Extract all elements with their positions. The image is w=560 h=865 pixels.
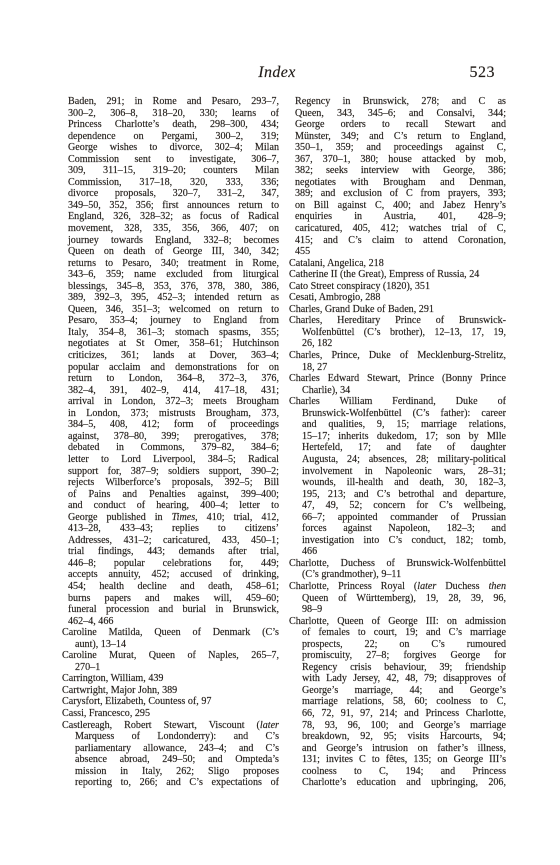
index-line: Augusta, 24; absences, 28; military-poli… — [289, 454, 506, 466]
index-line: returns to Pesaro, 340; treatment in Rom… — [62, 258, 279, 270]
index-line: arrival in London, 372–3; meets Brougham — [62, 396, 279, 408]
index-line: George’s marriage, 44; and George’s — [289, 685, 506, 697]
index-line: Carrington, William, 439 — [62, 673, 279, 685]
index-line: 78, 93, 96, 100; and George’s marriage — [289, 720, 506, 732]
index-line: Charlotte, Queen of George III: on admis… — [289, 616, 506, 628]
index-line: Queen on death of George III, 340, 342; — [62, 246, 279, 258]
index-line: Charles, Hereditary Prince of Brunswick- — [289, 315, 506, 327]
index-line: Münster, 349; and C’s return to England, — [289, 131, 506, 143]
index-line: Commission, 317–18, 320, 333, 336; — [62, 177, 279, 189]
index-line: Cassi, Francesco, 295 — [62, 708, 279, 720]
index-line: blessings, 345–8, 353, 376, 378, 380, 38… — [62, 281, 279, 293]
index-line: 66, 72, 91, 97, 214; and Princess Charlo… — [289, 708, 506, 720]
index-line: in London, 373; mistrusts Brougham, 373, — [62, 408, 279, 420]
index-line: 389, 392–3, 395, 452–3; intended return … — [62, 292, 279, 304]
index-line: trial findings, 443; demands after trial… — [62, 546, 279, 558]
index-line: Carysfort, Elizabeth, Countess of, 97 — [62, 696, 279, 708]
index-line: 270–1 — [62, 662, 279, 674]
index-line: 389; and exclusion of C from prayers, 39… — [289, 188, 506, 200]
index-line: 466 — [289, 546, 506, 558]
index-line: Princess Charlotte’s death, 298–300, 434… — [62, 119, 279, 131]
index-line: George published in Times, 410; trial, 4… — [62, 512, 279, 524]
index-line: parliamentary allowance, 243–4; and C’s — [62, 743, 279, 755]
index-line: Charles William Ferdinand, Duke of — [289, 396, 506, 408]
index-line: return to London, 364–8, 372–3, 376, — [62, 373, 279, 385]
index-line: and George’s intrusion on father’s illne… — [289, 743, 506, 755]
index-line: Charles, Grand Duke of Baden, 291 — [289, 304, 506, 316]
index-line: aunt), 13–14 — [62, 639, 279, 651]
index-line: Addresses, 431–2; caricatured, 433, 450–… — [62, 535, 279, 547]
book-page: Index 523 Baden, 291; in Rome and Pesaro… — [0, 0, 560, 865]
index-line: 343–6, 359; name excluded from liturgica… — [62, 269, 279, 281]
index-line: Charlie), 34 — [289, 385, 506, 397]
page-number: 523 — [470, 64, 496, 82]
index-line: 300–2, 306–8, 318–20, 330; learns of — [62, 108, 279, 120]
index-line: Castlereagh, Robert Stewart, Viscount (l… — [62, 720, 279, 732]
index-line: 195, 213; and C’s betrothal and departur… — [289, 489, 506, 501]
index-line: breakdown, 92, 95; visits Harcourts, 94; — [289, 731, 506, 743]
running-head: Index 523 — [0, 64, 560, 84]
index-line: promiscuity, 27–8; forgives George for — [289, 650, 506, 662]
index-line: with Lady Jersey, 42, 48, 79; disapprove… — [289, 673, 506, 685]
index-line: 15–17; inherits dukedom, 17; son by Mlle — [289, 431, 506, 443]
index-line: 131; invites C to fêtes, 135; on George … — [289, 754, 506, 766]
index-line: Charles, Prince, Duke of Mecklenburg-Str… — [289, 350, 506, 362]
index-line: 66–7; appointed commander of Prussian — [289, 512, 506, 524]
index-line: 382–4, 391, 402–9, 414, 417–18, 431; — [62, 385, 279, 397]
index-line: and conduct of hearing, 400–4; letter to — [62, 500, 279, 512]
index-line: rejects Wilberforce’s proposals, 392–5; … — [62, 477, 279, 489]
index-line: negotiates with Brougham and Denman, — [289, 177, 506, 189]
index-line: (C’s grandmother), 9–11 — [289, 569, 506, 581]
index-line: Baden, 291; in Rome and Pesaro, 293–7, — [62, 96, 279, 108]
index-line: George wishes to divorce, 302–4; Milan — [62, 142, 279, 154]
index-line: prospects, 22; on C’s rumoured — [289, 639, 506, 651]
index-line: 454; health decline and death, 458–61; — [62, 581, 279, 593]
index-line: forces against Napoleon, 182–3; and — [289, 523, 506, 535]
index-line: Italy, 354–8, 361–3; stomach spasms, 355… — [62, 327, 279, 339]
index-line: 455 — [289, 246, 506, 258]
index-line: Wolfenbüttel (C’s brother), 12–13, 17, 1… — [289, 327, 506, 339]
index-line: caricatured, 405, 412; watches trial of … — [289, 223, 506, 235]
index-line: Marquess of Londonderry): and C’s — [62, 731, 279, 743]
index-column-left: Baden, 291; in Rome and Pesaro, 293–7,30… — [62, 96, 279, 789]
index-line: Queen of Württemberg), 19, 28, 39, 96, — [289, 593, 506, 605]
index-line: debated in Commons, 379–82, 384–6; — [62, 442, 279, 454]
index-line: 98–9 — [289, 604, 506, 616]
index-line: Catalani, Angelica, 218 — [289, 258, 506, 270]
index-line: burns papers and makes will, 459–60; — [62, 593, 279, 605]
index-line: 415; and C’s claim to attend Coronation, — [289, 235, 506, 247]
index-line: 349–50, 352, 356; first announces return… — [62, 200, 279, 212]
index-line: criticizes, 361; lands at Dover, 363–4; — [62, 350, 279, 362]
index-line: Caroline Matilda, Queen of Denmark (C’s — [62, 627, 279, 639]
index-line: 18, 27 — [289, 362, 506, 374]
index-line: 446–8; popular celebrations for, 449; — [62, 558, 279, 570]
index-line: England, 326, 328–32; as focus of Radica… — [62, 211, 279, 223]
index-line: and qualities, 9, 15; marriage relations… — [289, 419, 506, 431]
index-line: Cartwright, Major John, 389 — [62, 685, 279, 697]
index-line: of females to court, 19; and C’s marriag… — [289, 627, 506, 639]
index-line: investigation into C’s conduct, 182; tom… — [289, 535, 506, 547]
index-line: 382; seeks interview with George, 386; — [289, 165, 506, 177]
index-line: Cato Street conspiracy (1820), 351 — [289, 281, 506, 293]
index-line: reporting to, 266; and C’s expectations … — [62, 777, 279, 789]
index-line: involvement in Napoleonic wars, 28–31; — [289, 466, 506, 478]
index-line: Queen, 343, 345–6; and Consalvi, 344; — [289, 108, 506, 120]
index-line: Charlotte, Princess Royal (later Duchess… — [289, 581, 506, 593]
index-line: 47, 49, 52; concern for C’s wellbeing, — [289, 500, 506, 512]
index-line: 367, 370–1, 380; house attacked by mob, — [289, 154, 506, 166]
index-line: letter to Lord Liverpool, 384–5; Radical — [62, 454, 279, 466]
index-line: Caroline Murat, Queen of Naples, 265–7, — [62, 650, 279, 662]
index-line: movement, 328, 335, 356, 366, 407; on — [62, 223, 279, 235]
index-line: coolness to C, 194; and Princess — [289, 766, 506, 778]
index-line: Charlotte’s education and upbringing, 20… — [289, 777, 506, 789]
index-line: popular acclaim and demonstrations for o… — [62, 362, 279, 374]
index-line: accepts annuity, 452; accused of drinkin… — [62, 569, 279, 581]
index-line: funeral procession and burial in Brunswi… — [62, 604, 279, 616]
index-line: negotiates at St Omer, 358–61; Hutchinso… — [62, 338, 279, 350]
index-line: Commission sent to investigate, 306–7, — [62, 154, 279, 166]
index-line: Cesati, Ambrogio, 288 — [289, 292, 506, 304]
index-line: Regency in Brunswick, 278; and C as — [289, 96, 506, 108]
index-line: 309, 311–15, 319–20; counters Milan — [62, 165, 279, 177]
index-line: Catherine II (the Great), Empress of Rus… — [289, 269, 506, 281]
index-line: journey towards England, 332–8; becomes — [62, 235, 279, 247]
index-line: Regency crisis behaviour, 39; friendship — [289, 662, 506, 674]
index-line: Queen, 346, 351–3; welcomed on return to — [62, 304, 279, 316]
index-line: Hertefeld, 17; and fate of daughter — [289, 442, 506, 454]
index-line: enquiries in Austria, 401, 428–9; — [289, 211, 506, 223]
index-line: 413–28, 433–43; replies to citizens’ — [62, 523, 279, 535]
index-line: on Bill against C, 400; and Jabez Henry’… — [289, 200, 506, 212]
index-line: Brunswick-Wolfenbüttel (C’s father): car… — [289, 408, 506, 420]
index-line: Pesaro, 353–4; journey to England from — [62, 315, 279, 327]
index-line: 350–1, 359; and proceedings against C, — [289, 142, 506, 154]
index-line: 384–5, 408, 412; form of proceedings — [62, 419, 279, 431]
index-line: divorce proposals, 320–7, 331–2, 347, — [62, 188, 279, 200]
index-line: against, 378–80, 399; prerogatives, 378; — [62, 431, 279, 443]
index-line: 462–4, 466 — [62, 616, 279, 628]
index-line: Charles Edward Stewart, Prince (Bonny Pr… — [289, 373, 506, 385]
index-line: 26, 182 — [289, 338, 506, 350]
index-line: mission in Italy, 262; Sligo proposes — [62, 766, 279, 778]
index-line: George orders to recall Stewart and — [289, 119, 506, 131]
index-line: dependence on Pergami, 300–2, 319; — [62, 131, 279, 143]
index-line: of Pains and Penalties against, 399–400; — [62, 489, 279, 501]
index-line: wounds, ill-health and death, 30, 182–3, — [289, 477, 506, 489]
index-line: Charlotte, Duchess of Brunswick-Wolfenbü… — [289, 558, 506, 570]
index-line: absence abroad, 249–50; and Ompteda’s — [62, 754, 279, 766]
index-line: marriage relations, 58, 60; coolness to … — [289, 696, 506, 708]
index-column-right: Regency in Brunswick, 278; and C asQueen… — [289, 96, 506, 789]
index-line: support for, 387–9; soldiers support, 39… — [62, 466, 279, 478]
